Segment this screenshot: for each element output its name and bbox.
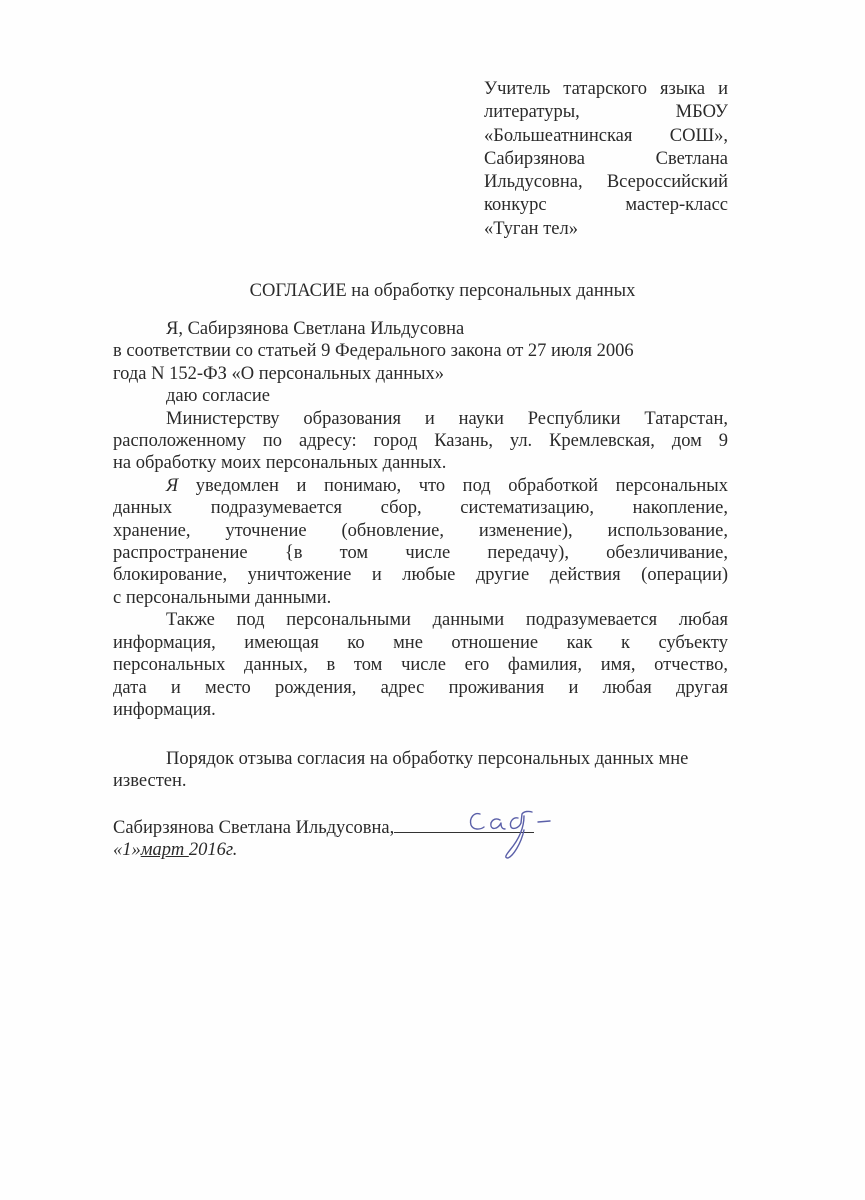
date-year: 2016г. [189,840,238,860]
document-title: СОГЛАСИЕ на обработку персональных данны… [0,280,865,302]
revocation-line: известен. [113,770,793,792]
revocation-paragraph: Порядок отзыва согласия на обработку пер… [113,748,793,792]
consent-phrase: даю согласие [113,385,728,407]
definition-line: дата и место рождения, адрес проживания … [113,677,728,699]
notice-line: распространение {в том числе передачу), … [113,542,728,564]
recipient-line: расположенному по адресу: город Казань, … [113,430,728,452]
notice-line: Я уведомлен и понимаю, что под обработко… [113,475,728,497]
signer-name: Сабирзянова Светлана Ильдусовна, [113,818,394,838]
recipient-line: на обработку моих персональных данных. [113,452,728,474]
law-reference-line: в соответствии со статьей 9 Федерального… [113,340,728,362]
revocation-line: Порядок отзыва согласия на обработку пер… [113,748,793,770]
law-reference-line: года N 152-ФЗ «О персональных данных» [113,363,728,385]
date-day: «1» [113,840,141,860]
addressee-line: Учитель татарского языка и [484,78,728,101]
document-page: Учитель татарского языка и литературы, М… [0,0,865,1200]
addressee-block: Учитель татарского языка и литературы, М… [484,78,728,241]
recipient-line: Министерству образования и науки Республ… [113,408,728,430]
addressee-line: Ильдусовна, Всероссийский [484,171,728,194]
consent-body: Я, Сабирзянова Светлана Ильдусовна в соо… [113,318,728,721]
definition-line: информация, имеющая ко мне отношение как… [113,632,728,654]
notice-ya: Я [166,476,178,496]
addressee-line: «Большеатнинская СОШ», [484,125,728,148]
addressee-line: конкурс мастер-класс [484,194,728,217]
notice-line: блокирование, уничтожение и любые другие… [113,564,728,586]
definition-line: Также под персональными данными подразум… [113,609,728,631]
notice-line: с персональными данными. [113,587,728,609]
definition-line: информация. [113,699,728,721]
date-month: март [141,840,189,860]
notice-first-rest: уведомлен и понимаю, что под обработкой … [178,476,728,496]
addressee-line: Сабирзянова Светлана [484,148,728,171]
notice-line: хранение, уточнение (обновление, изменен… [113,520,728,542]
addressee-line: литературы, МБОУ [484,101,728,124]
handwritten-signature-icon [466,808,576,864]
declarant-line: Я, Сабирзянова Светлана Ильдусовна [113,318,728,340]
definition-line: персональных данных, в том числе его фам… [113,654,728,676]
addressee-line: «Туган тел» [484,218,728,241]
notice-line: данных подразумевается сбор, систематиза… [113,497,728,519]
